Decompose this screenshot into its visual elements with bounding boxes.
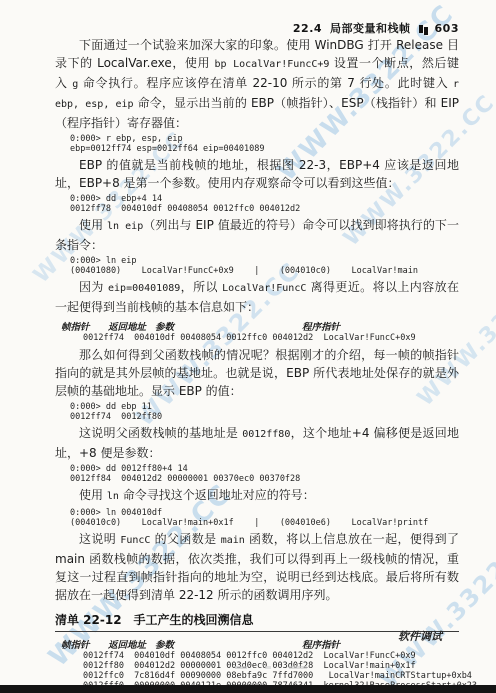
- paragraph-ebp-value: EBP 的值就是当前栈帧的地址，根据图 22-3，EBP+4 应该是返回地址，E…: [55, 156, 459, 192]
- inline-code: FuncC: [120, 535, 150, 546]
- paragraph-frame-info: 因为 eip=00401089，所以 LocalVar!FuncC 离得更近。将…: [55, 278, 459, 316]
- column-header-frame-pointer: 帧指针: [61, 319, 90, 333]
- scan-smudge: [235, 666, 307, 669]
- column-header-parameters: 参数: [155, 319, 174, 333]
- text-run: 的父函数是: [150, 532, 220, 546]
- column-header-return-address: 返回地址: [108, 637, 146, 651]
- inline-code: LocalVar!FuncC: [222, 283, 306, 294]
- section-number: 22.4: [293, 22, 322, 35]
- paragraph-intro: 下面通过一个试验来加深大家的印象。使用 WinDBG 打开 Release 目录…: [55, 36, 459, 132]
- code-block-dd-ebp4: 0:000> dd ebp+4 14 0012ff78 004010df 004…: [70, 194, 459, 214]
- section-title: 局部变量和栈帧: [330, 22, 411, 35]
- paragraph-parent-base: 这说明父函数栈帧的基地址是 0012ff80，这个地址+4 偏移便是返回地址，+…: [55, 424, 459, 462]
- code-block-dd-parent: 0:000> dd 0012ff80+4 14 0012ff84 004012d…: [70, 464, 459, 484]
- text-run: 这说明: [79, 532, 120, 546]
- inline-code: bp LocalVar!FuncC+9: [214, 59, 329, 70]
- text-run: 因为: [79, 280, 108, 294]
- text-run: 命令执行。程序应该停在清单 22-10 所示的第 7 行处。此时键入: [78, 76, 453, 90]
- code-block-ln-return: 0:000> ln 004010df (004010c0) LocalVar!m…: [70, 508, 459, 528]
- paragraph-conclusion: 这说明 FuncC 的父函数是 main 函数，将以上信息放在一起，便得到了 m…: [55, 530, 459, 604]
- text-run: 这说明父函数栈帧的基地址是: [79, 426, 242, 440]
- scanned-book-page: WWW.3322.CC WWW.3322.CC WWW.3322.CC WWW.…: [0, 0, 496, 693]
- column-header-program-pointer: 程序指针: [302, 319, 340, 333]
- text-run: ，所以: [180, 280, 222, 294]
- stack-frame-table: 帧指针 返回地址 参数 程序指针 0012ff74 004010df 00408…: [55, 319, 459, 343]
- column-header-program-pointer: 程序指针: [302, 637, 340, 651]
- page-number: 603: [435, 22, 459, 35]
- listing-caption: 清单 22-12 手工产生的栈回溯信息: [55, 611, 459, 628]
- paragraph-parent-frame: 那么如何得到父函数栈帧的情况呢？根据刚才的介绍，每一帧的帧指针指向的就是其外层帧…: [55, 346, 459, 400]
- column-header-return-address: 返回地址: [108, 319, 146, 333]
- text-run: 使用: [79, 218, 107, 232]
- inline-code: eip=00401089: [108, 283, 180, 294]
- column-header-parameters: 参数: [155, 637, 174, 651]
- code-block-registers: 0:000> r ebp, esp, eip ebp=0012ff74 esp=…: [70, 134, 459, 154]
- code-block-dd-ebp: 0:000> dd ebp 11 0012ff74 0012ff80: [70, 402, 459, 422]
- inline-code: main: [221, 535, 245, 546]
- page-content: 22.4局部变量和栈帧603 下面通过一个试验来加深大家的印象。使用 WinDB…: [55, 20, 459, 693]
- paragraph-ln-return: 使用 ln 命令寻找这个返回地址对应的符号：: [55, 486, 459, 506]
- paragraph-ln-eip: 使用 ln eip（列出与 EIP 值最近的符号）命令可以找到即将执行的下一条指…: [55, 216, 459, 254]
- inline-code: ln eip: [107, 221, 143, 232]
- section-marker-icon: [419, 25, 423, 33]
- text-run: EBP 的值就是当前栈帧的地址，根据图 22-3，EBP+4 应该是返回地址，E…: [55, 158, 459, 190]
- book-title-footer: 软件调试: [398, 628, 442, 644]
- scan-edge-bar: [0, 685, 496, 693]
- column-header-frame-pointer: 帧指针: [61, 637, 90, 651]
- text-run: 那么如何得到父函数栈帧的情况呢？根据刚才的介绍，每一帧的帧指针指向的就是其外层帧…: [55, 348, 459, 398]
- inline-code: 0012ff80: [242, 429, 290, 440]
- stack-table-header-row: 帧指针 返回地址 参数 程序指针: [55, 319, 459, 331]
- code-block-ln-eip: 0:000> ln eip (00401080) LocalVar!FuncC+…: [70, 256, 459, 276]
- text-run: 命令寻找这个返回地址对应的符号：: [119, 488, 315, 502]
- inline-code: ln: [107, 491, 119, 502]
- running-head: 22.4局部变量和栈帧603: [55, 20, 459, 36]
- text-run: 使用: [79, 488, 107, 502]
- stack-table-row: 0012ff74 004010df 00408054 0012ffc0 0040…: [83, 333, 459, 343]
